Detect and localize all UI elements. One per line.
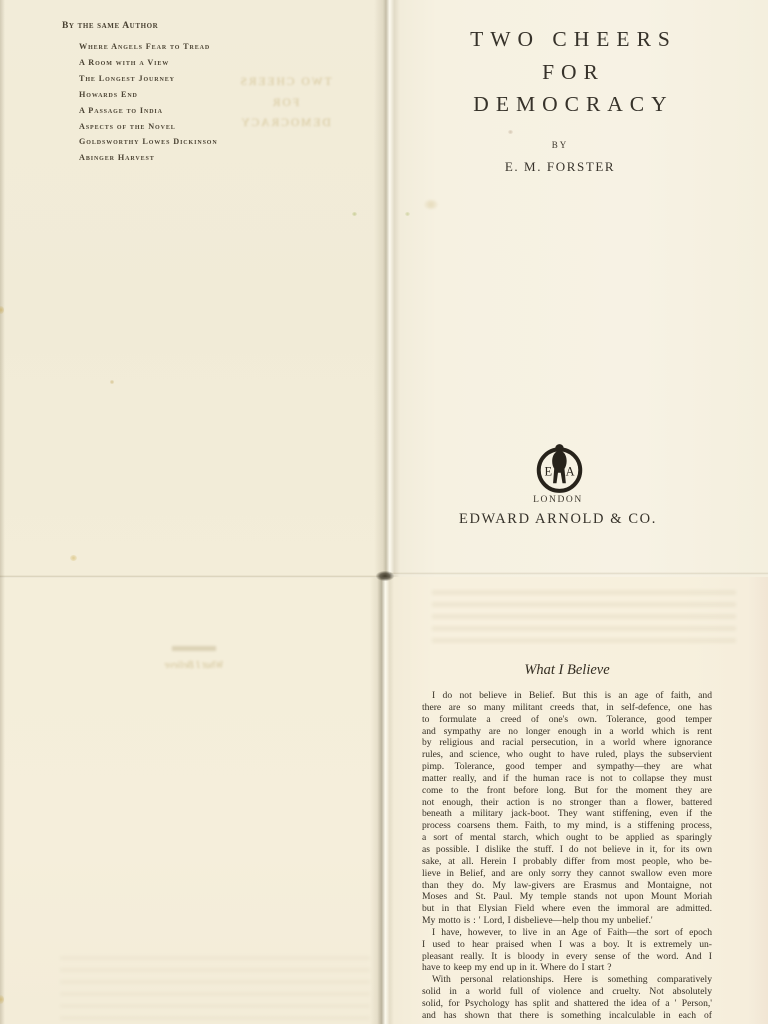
essay-text-line: a sort of mental starch, which ought to … (422, 832, 712, 844)
book-title: Howards End (79, 87, 218, 103)
book-list: Where Angels Fear to TreadA Room with a … (79, 39, 218, 166)
imprint-publisher: EDWARD ARNOLD & CO. (396, 511, 720, 528)
publisher-monogram-logo-icon: E A (533, 440, 586, 495)
essay-text-line: I have, however, to live in an Age of Fa… (422, 927, 712, 939)
essay-text-line: My motto is : ' Lord, I disbelieve—help … (422, 915, 712, 927)
book-title: Aspects of the Novel (79, 119, 218, 135)
book-title: Goldsworthy Lowes Dickinson (79, 134, 218, 150)
essay-text-line: have to keep my end up in it. Where do I… (422, 962, 712, 974)
essay-text-line: solid, for Psychology has split and shat… (422, 998, 712, 1010)
page-edge-shadow (0, 0, 5, 1024)
scanned-book-spread: By the same Author Where Angels Fear to … (0, 0, 768, 1024)
essay-text-line: lieve in Belief, and are only sorry they… (422, 868, 712, 880)
title-showthrough-line: TWO CHEERS (218, 72, 352, 93)
book-title-block: TWO CHEERSFORDEMOCRACY (396, 23, 744, 121)
book-title: A Passage to India (79, 103, 218, 119)
same-author-heading: By the same Author (62, 21, 158, 31)
essay-text-block: I do not believe in Belief. But this is … (422, 690, 712, 1022)
essay-text-line: and sympathy are no longer enough in a w… (422, 726, 712, 738)
title-showthrough-line: DEMOCRACY (218, 113, 352, 134)
essay-text-line: come to the front before long. But for t… (422, 785, 712, 797)
essay-text-line: sake, at all. Herein I probably differ f… (422, 856, 712, 868)
text-showthrough-block (432, 590, 736, 644)
essay-text-line: pleasant really. It is bloody in every s… (422, 951, 712, 963)
essay-heading-showthrough: What I Believe (148, 660, 240, 671)
book-title: Where Angels Fear to Tread (79, 39, 218, 55)
book-title-line: FOR (396, 56, 744, 89)
essay-text-line: matter really, and if the human race is … (422, 773, 712, 785)
essay-text-line: Moses and St. Paul. My temple stands not… (422, 891, 712, 903)
book-title: A Room with a View (79, 55, 218, 71)
title-showthrough: TWO CHEERSFORDEMOCRACY (218, 72, 352, 134)
showthrough-mark (172, 646, 216, 651)
book-title: Abinger Harvest (79, 150, 218, 166)
essay-text-line: to formulate a creed of one's own. Toler… (422, 714, 712, 726)
logo-letter-e: E (544, 464, 552, 478)
author-name: E. M. FORSTER (396, 159, 724, 175)
essay-text-line: not enough, their action is no stronger … (422, 797, 712, 809)
essay-text-line: and has shown that there is something in… (422, 1010, 712, 1022)
essay-text-line: I used to hear praised when I was a boy.… (422, 939, 712, 951)
text-showthrough-block (60, 956, 370, 1024)
essay-text-line: there are so many militant creeds that, … (422, 702, 712, 714)
essay-text-line: solid in a world full of violence and cr… (422, 986, 712, 998)
essay-text-line: pimp. Tolerance, good temper and sympath… (422, 761, 712, 773)
essay-text-line: by religious and racial persecution, in … (422, 737, 712, 749)
essay-text-line: as possible. I dislike the stuff. I do n… (422, 844, 712, 856)
title-showthrough-line: FOR (218, 93, 352, 114)
essay-text-line: process coarsens them. Faith, to my mind… (422, 820, 712, 832)
by-label: BY (396, 140, 724, 150)
essay-text-line: With personal relationships. Here is som… (422, 974, 712, 986)
book-title: The Longest Journey (79, 71, 218, 87)
essay-text-line: than they do. My law-givers are Erasmus … (422, 880, 712, 892)
book-title-line: TWO CHEERS (396, 23, 744, 56)
logo-letter-a: A (566, 464, 575, 478)
scan-seam-left (0, 575, 390, 578)
book-title-line: DEMOCRACY (396, 88, 744, 121)
scan-seam-right (390, 572, 768, 575)
essay-title: What I Believe (422, 662, 712, 679)
essay-text-line: beneath a military jack-boot. They want … (422, 808, 712, 820)
binding-notch (376, 571, 394, 581)
essay-text-line: I do not believe in Belief. But this is … (422, 690, 712, 702)
essay-text-line: but in that Elysian Field where even the… (422, 903, 712, 915)
essay-text-line: rules, and science, who ought to have ru… (422, 749, 712, 761)
page-edge-tint (748, 577, 768, 1024)
imprint-city: LONDON (396, 495, 720, 505)
